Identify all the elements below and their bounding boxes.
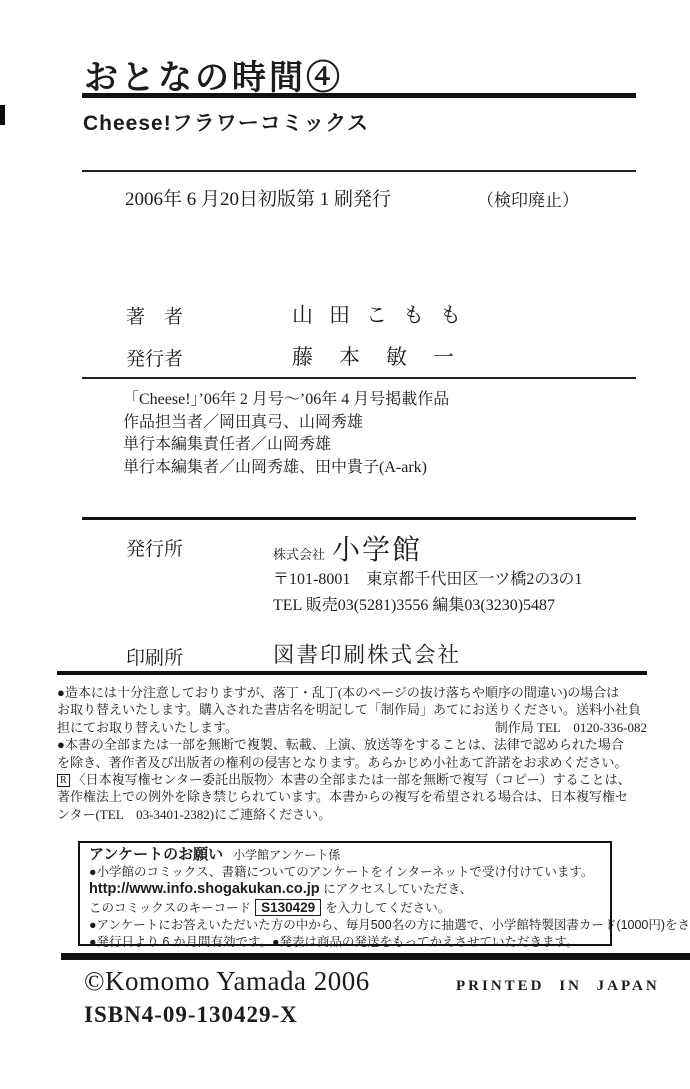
notice-line: ンター(TEL 03-3401-2382)にご連絡ください。 (57, 806, 647, 823)
publisher-person-role-label: 発行者 (126, 344, 183, 371)
scan-artifact (0, 105, 5, 125)
legal-notices-block: ●造本には十分注意しておりますが、落丁・乱丁(本のページの抜け落ちや順序の間違い… (57, 684, 647, 823)
survey-line-intro: ●小学館のコミックス、書籍についてのアンケートをインターネットで受け付けています… (89, 864, 601, 881)
survey-line-validity: ●発行日より 6 か月間有効です。●発表は商品の発送をもってかえさせていただきま… (89, 934, 601, 951)
colophon-page: おとなの時間④ Cheese!フラワーコミックス 2006年 6 月20日初版第… (0, 0, 690, 1089)
notice-line: 担にてお取り替えいたします。 (57, 719, 238, 736)
company-prefix: 株式会社 (273, 544, 325, 563)
credit-line-editors: 作品担当者／岡田真弓、山岡秀雄 (123, 412, 449, 435)
inspection-seal-note: （検印廃止） (477, 186, 579, 211)
section-rule-notices (57, 671, 647, 675)
notice-line: お取り替えいたします。購入された書店名を明記して「制作局」あてにお送りください。… (57, 701, 647, 718)
publisher-telephone: TEL 販売03(5281)3556 編集03(3230)5487 (273, 592, 555, 615)
publisher-role-label: 発行所 (126, 534, 183, 561)
footer-divider-bar (61, 953, 690, 960)
production-bureau-tel: 制作局 TEL 0120-336-082 (495, 719, 647, 736)
company-name: 小学館 (332, 528, 422, 568)
keycode-prefix: このコミックスのキーコード (89, 901, 251, 915)
title-underline-rule (82, 93, 636, 98)
publisher-address: 〒101-8001 東京都千代田区一ツ橋2の3の1 (273, 566, 582, 589)
keycode-value: S130429 (255, 899, 321, 916)
credit-line-chief-editor: 単行本編集責任者／山岡秀雄 (123, 434, 449, 457)
keycode-suffix: を入力してください。 (325, 901, 450, 915)
notice-line-copyright-center: R〈日本複写権センター委託出版物〉本書の全部または一部を無断で複写（コピー）する… (57, 771, 647, 788)
survey-url-suffix: にアクセスしていただき、 (320, 882, 473, 896)
section-rule-publisher (82, 517, 636, 520)
printed-in-japan-label: PRINTED IN JAPAN (456, 978, 660, 995)
printer-role-label: 印刷所 (126, 643, 183, 670)
reproduction-rights-mark-icon: R (57, 774, 70, 787)
printer-company-name: 図書印刷株式会社 (273, 638, 461, 669)
notice-line: ●本書の全部または一部を無断で複製、転載、上演、放送等をすることは、法律で認めら… (57, 736, 647, 753)
notice-line: 著作権法上での例外を除き禁じられています。本書からの複写を希望される場合は、日本… (57, 788, 647, 805)
credits-block: 「Cheese!」’06年 2 月号～’06年 4 月号掲載作品 作品担当者／岡… (123, 389, 449, 479)
notice-line: ●造本には十分注意しておりますが、落丁・乱丁(本のページの抜け落ちや順序の間違い… (57, 684, 647, 701)
survey-url: http://www.info.shogakukan.co.jp (89, 881, 320, 897)
notice-line: を除き、著作者及び出版者の権利の侵害となります。あらかじめ小社あて許諾をお求めく… (57, 754, 647, 771)
publisher-person-name: 藤本敏一 (292, 341, 480, 371)
edition-date-line: 2006年 6 月20日初版第 1 刷発行 (125, 184, 391, 211)
series-imprint-label: Cheese!フラワーコミックス (83, 107, 369, 137)
author-role-label: 著 者 (126, 302, 183, 329)
survey-request-box: アンケートのお願い小学館アンケート係 ●小学館のコミックス、書籍についてのアンケ… (78, 841, 612, 946)
isbn-number: ISBN4-09-130429-X (84, 1002, 298, 1028)
credit-line-volume-editors: 単行本編集者／山岡秀雄、田中貴子(A-ark) (123, 457, 449, 480)
section-rule-edition (82, 170, 636, 172)
publisher-company-row: 株式会社 小学館 (273, 528, 422, 568)
survey-heading-sub: 小学館アンケート係 (233, 848, 340, 862)
survey-line-keycode: このコミックスのキーコードS130429を入力してください。 (89, 899, 601, 917)
notice-line-with-contact: 担にてお取り替えいたします。 制作局 TEL 0120-336-082 (57, 719, 647, 736)
notice-line: 〈日本複写権センター委託出版物〉本書の全部または一部を無断で複写（コピー）するこ… (73, 772, 631, 787)
section-rule-credits (82, 377, 636, 379)
survey-heading-row: アンケートのお願い小学館アンケート係 (89, 846, 601, 864)
copyright-line: ©Komomo Yamada 2006 (84, 966, 370, 997)
author-name: 山田こもも (292, 299, 477, 329)
survey-heading: アンケートのお願い (89, 846, 223, 863)
book-title: おとなの時間④ (84, 50, 343, 99)
credit-line-serialization: 「Cheese!」’06年 2 月号～’06年 4 月号掲載作品 (123, 389, 449, 412)
survey-line-prize: ●アンケートにお答えいただいた方の中から、毎月500名の方に抽選で、小学館特製図… (89, 917, 601, 934)
survey-line-url: http://www.info.shogakukan.co.jp にアクセスして… (89, 881, 601, 898)
